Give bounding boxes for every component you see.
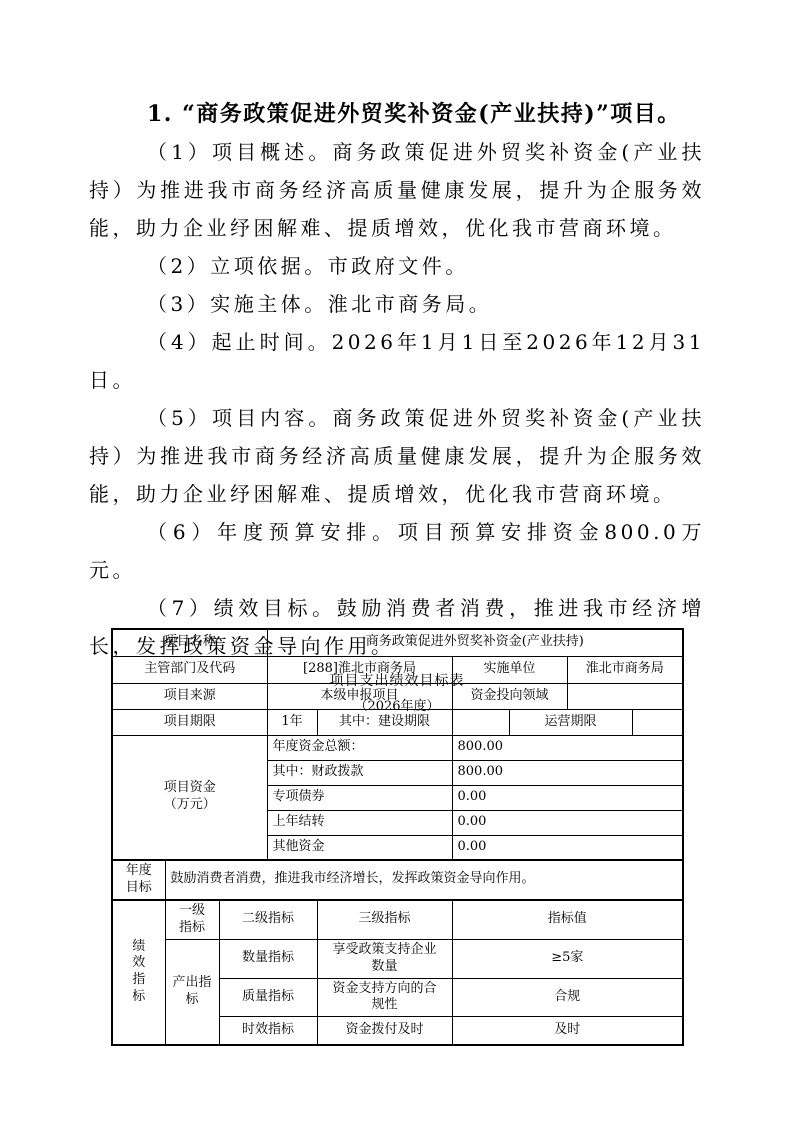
operation-value (632, 709, 683, 735)
indicator-timeliness-value: 及时 (452, 1017, 683, 1045)
paragraph-basis: （2）立项依据。市政府文件。 (89, 247, 705, 285)
fund-fiscal-value: 800.00 (452, 760, 683, 785)
indicator-quantity-level3: 享受政策支持企业 数量 (317, 939, 452, 978)
fund-bond-value: 0.00 (452, 785, 683, 810)
impl-unit-label: 实施单位 (452, 656, 567, 683)
indicators-label: 绩 效 指 标 (112, 900, 165, 1045)
paragraph-overview: （1）项目概述。商务政策促进外贸奖补资金(产业扶持）为推进我市商务经济高质量健康… (89, 133, 705, 247)
funds-label: 项目资金 （万元） (112, 735, 267, 860)
table-row: 项目名称 商务政策促进外贸奖补资金(产业扶持) (112, 629, 683, 656)
fund-other-value: 0.00 (452, 835, 683, 860)
table-row: 主管部门及代码 [288]淮北市商务局 实施单位 淮北市商务局 (112, 656, 683, 683)
fund-field-label: 资金投向领域 (452, 683, 567, 709)
fund-total-label: 年度资金总额： (267, 735, 452, 760)
table-row: 年度 目标 鼓励消费者消费，推进我市经济增长，发挥政策资金导向作用。 (112, 860, 683, 900)
dept-label: 主管部门及代码 (112, 656, 267, 683)
fund-bond-label: 专项债券 (267, 785, 452, 810)
performance-target-table: 项目名称 商务政策促进外贸奖补资金(产业扶持) 主管部门及代码 [288]淮北市… (111, 628, 684, 1046)
table-row: 绩 效 指 标 一级 指标 二级指标 三级指标 指标值 (112, 900, 683, 939)
construction-label: 其中：建设期限 (317, 709, 452, 735)
table-row: 项目来源 本级申报项目 资金投向领域 (112, 683, 683, 709)
fund-other-label: 其他资金 (267, 835, 452, 860)
source-value: 本级申报项目 (267, 683, 452, 709)
annual-goal-label: 年度 目标 (112, 860, 165, 900)
indicator-quality-label: 质量指标 (219, 978, 317, 1017)
period-value: 1年 (267, 709, 317, 735)
source-label: 项目来源 (112, 683, 267, 709)
indicator-timeliness-level3: 资金拨付及时 (317, 1017, 452, 1045)
document-body: 1. “商务政策促进外贸奖补资金(产业扶持)”项目。 （1）项目概述。商务政策促… (89, 95, 705, 719)
paragraph-timespan: （4）起止时间。2026年1月1日至2026年12月31日。 (89, 323, 705, 399)
period-label: 项目期限 (112, 709, 267, 735)
indicator-quantity-value: ≥5家 (452, 939, 683, 978)
dept-value: [288]淮北市商务局 (267, 656, 452, 683)
indicator-quality-level3: 资金支持方向的合 规性 (317, 978, 452, 1017)
table-row: 项目期限 1年 其中：建设期限 运营期限 (112, 709, 683, 735)
paragraph-budget: （6）年度预算安排。项目预算安排资金800.0万元。 (89, 513, 705, 589)
construction-value (452, 709, 509, 735)
fund-fiscal-label: 其中：财政拨款 (267, 760, 452, 785)
paragraph-implementer: （3）实施主体。淮北市商务局。 (89, 285, 705, 323)
operation-label: 运营期限 (509, 709, 632, 735)
indicator-header-value: 指标值 (452, 900, 683, 939)
project-name-label: 项目名称 (112, 629, 267, 656)
impl-unit-value: 淮北市商务局 (567, 656, 683, 683)
paragraph-content: （5）项目内容。商务政策促进外贸奖补资金(产业扶持）为推进我市商务经济高质量健康… (89, 399, 705, 513)
indicator-header-level2: 二级指标 (219, 900, 317, 939)
document-title: 1. “商务政策促进外贸奖补资金(产业扶持)”项目。 (89, 95, 705, 133)
indicator-quality-value: 合规 (452, 978, 683, 1017)
fund-carryover-value: 0.00 (452, 810, 683, 835)
fund-carryover-label: 上年结转 (267, 810, 452, 835)
fund-field-value (567, 683, 683, 709)
page: { "document": { "title": "1. “商务政策促进外贸奖补… (0, 0, 793, 1122)
indicator-group-output: 产出指 标 (165, 939, 219, 1045)
project-name-value: 商务政策促进外贸奖补资金(产业扶持) (267, 629, 683, 656)
fund-total-value: 800.00 (452, 735, 683, 760)
indicator-quantity-label: 数量指标 (219, 939, 317, 978)
indicator-timeliness-label: 时效指标 (219, 1017, 317, 1045)
indicator-header-level3: 三级指标 (317, 900, 452, 939)
table-row: 产出指 标 数量指标 享受政策支持企业 数量 ≥5家 (112, 939, 683, 978)
table-row: 项目资金 （万元） 年度资金总额： 800.00 (112, 735, 683, 760)
annual-goal-text: 鼓励消费者消费，推进我市经济增长，发挥政策资金导向作用。 (165, 860, 683, 900)
indicator-header-level1: 一级 指标 (165, 900, 219, 939)
